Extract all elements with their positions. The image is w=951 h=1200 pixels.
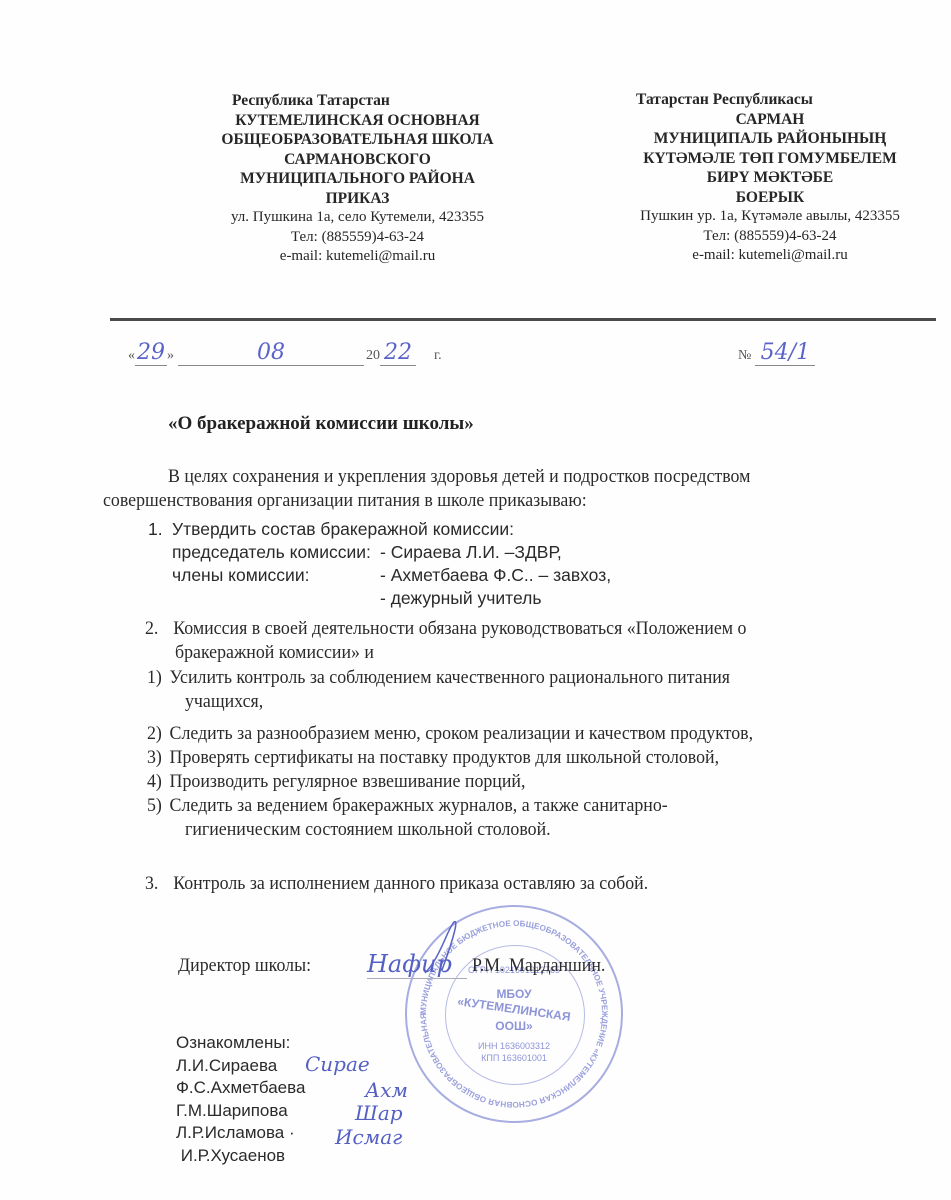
member-name: - дежурный учитель (380, 588, 541, 608)
signature-sirayeva: Сирае (305, 1052, 370, 1076)
address: ул. Пушкина 1а, село Кутемели, 423355 (190, 208, 525, 228)
header-right-tatar: Татарстан Республикасы САРМАН МУНИЦИПАЛЬ… (600, 90, 940, 266)
subitem-text: Проверять сертификаты на поставку продук… (170, 746, 720, 770)
subitem-1: 1) Усилить контроль за соблюдением качес… (147, 666, 899, 690)
member-name: - Ахметбаева Ф.С.. – завхоз, (380, 565, 611, 585)
item-text: Комиссия в своей деятельности обязана ру… (173, 617, 746, 641)
director-name: Р.М. Марданшин. (472, 954, 605, 978)
person-name: Л.Р.Исламова · (176, 1122, 305, 1145)
quote-close: » (167, 348, 174, 363)
order-number: №54/1 (738, 340, 815, 366)
person-name: Л.И.Сираева (176, 1055, 305, 1078)
address: Пушкин ур. 1а, Күтәмәле авылы, 423355 (600, 207, 940, 227)
person-name: И.Р.Хусаенов (176, 1145, 305, 1168)
committee-chair: председатель комиссии:- Сираева Л.И. –ЗД… (172, 541, 562, 564)
subitem-number: 3) (147, 747, 162, 768)
phone: Тел: (885559)4-63-24 (190, 228, 525, 248)
preamble-line: В целях сохранения и укрепления здоровья… (168, 465, 901, 489)
subitem-5: 5) Следить за ведением бракеражных журна… (147, 794, 899, 818)
region-name: Татарстан Республикасы (600, 90, 940, 110)
subitem-4: 4) Производить регулярное взвешивание по… (147, 770, 899, 794)
member-name: - Сираева Л.И. –ЗДВР, (380, 542, 562, 562)
signature-akhmetbaeva: Ахм (365, 1078, 408, 1102)
email: e-mail: kutemeli@mail.ru (600, 246, 940, 266)
role-label: председатель комиссии: (172, 541, 380, 564)
subitem-number: 1) (147, 667, 162, 688)
subitem-2: 2) Следить за разнообразием меню, сроком… (147, 722, 918, 746)
subitem-number: 4) (147, 771, 162, 792)
org-line: КУТЕМЕЛИНСКАЯ ОСНОВНАЯ (190, 111, 525, 131)
date-day: 29 (135, 340, 167, 366)
date-year: 22 (380, 340, 416, 366)
phone: Тел: (885559)4-63-24 (600, 227, 940, 247)
stamp-kpp: КПП 163601001 (407, 1053, 621, 1063)
year-abbr: г. (434, 348, 442, 363)
quote-open: « (128, 348, 135, 363)
year-value: 22 (384, 340, 412, 365)
role-label: члены комиссии: (172, 564, 380, 587)
header-divider (110, 318, 936, 321)
subitem-5-cont: гигиеническим состоянием школьной столов… (185, 818, 551, 842)
item-2-cont: бракеражной комиссии» и (175, 641, 374, 665)
subitem-text: Производить регулярное взвешивание порци… (170, 770, 526, 794)
number-value: 54/1 (761, 340, 810, 365)
stamp-inn: ИНН 1636003312 (407, 1041, 621, 1051)
item-text: Утвердить состав бракеражной комиссии: (172, 518, 514, 541)
org-line: ОБЩЕОБРАЗОВАТЕЛЬНАЯ ШКОЛА (190, 130, 525, 150)
org-line: МУНИЦИПАЛЬНОГО РАЙОНА (190, 169, 525, 189)
director-label: Директор школы: (178, 954, 311, 978)
item-text: Контроль за исполнением данного приказа … (173, 872, 648, 896)
month-value: 08 (257, 340, 285, 365)
date-month: 08 (178, 340, 364, 366)
signature-flourish-icon (420, 918, 460, 978)
date-field: «29»082022г. (128, 340, 442, 366)
item-2: 2. Комиссия в своей деятельности обязана… (145, 617, 897, 641)
subitem-text: Следить за ведением бракеражных журналов… (170, 794, 668, 818)
acknowledged-label: Ознакомлены: (176, 1032, 305, 1055)
committee-member: члены комиссии:- Ахметбаева Ф.С.. – завх… (172, 564, 611, 587)
day-value: 29 (137, 340, 165, 365)
number-field: 54/1 (755, 340, 815, 366)
item-3: 3. Контроль за исполнением данного прика… (145, 872, 897, 896)
subitem-number: 2) (147, 723, 162, 744)
subitem-1-cont: учащихся, (185, 690, 263, 714)
committee-member: - дежурный учитель (172, 587, 541, 610)
org-line: САРМАНОВСКОГО (190, 150, 525, 170)
doc-type: ПРИКАЗ (190, 189, 525, 209)
person-name: Г.М.Шарипова (176, 1100, 305, 1123)
subitem-number: 5) (147, 795, 162, 816)
subitem-text: Усилить контроль за соблюдением качестве… (170, 666, 730, 690)
year-prefix: 20 (366, 348, 380, 363)
org-line: БИРҮ МӘКТӘБЕ (600, 168, 940, 188)
item-number: 1. (148, 519, 163, 539)
header-left-russian: Республика Татарстан КУТЕМЕЛИНСКАЯ ОСНОВ… (190, 91, 525, 267)
item-number: 3. (145, 873, 158, 894)
subitem-text: Следить за разнообразием меню, сроком ре… (170, 722, 753, 746)
number-label: № (738, 348, 751, 363)
org-line: МУНИЦИПАЛЬ РАЙОНЫНЫҢ (600, 129, 940, 149)
item-number: 2. (145, 618, 158, 639)
order-title: «О бракеражной комиссии школы» (168, 413, 474, 435)
stamp-center-line: ООШ» (407, 1019, 621, 1033)
subitem-3: 3) Проверять сертификаты на поставку про… (147, 746, 899, 770)
acknowledged-list: Ознакомлены: Л.И.Сираева Ф.С.Ахметбаева … (176, 1032, 305, 1167)
region-name: Республика Татарстан (190, 91, 525, 111)
signature-islamova: Исмаг (335, 1125, 402, 1149)
email: e-mail: kutemeli@mail.ru (190, 247, 525, 267)
preamble-line: совершенствования организации питания в … (103, 489, 836, 513)
doc-type: БОЕРЫК (600, 188, 940, 208)
org-line: САРМАН (600, 110, 940, 130)
signature-sharipova: Шар (355, 1101, 403, 1125)
person-name: Ф.С.Ахметбаева (176, 1077, 305, 1100)
org-line: КҮТӘМӘЛЕ ТӨП ГОМУМБЕЛЕМ (600, 149, 940, 169)
item-1: 1. Утвердить состав бракеражной комиссии… (148, 518, 163, 541)
